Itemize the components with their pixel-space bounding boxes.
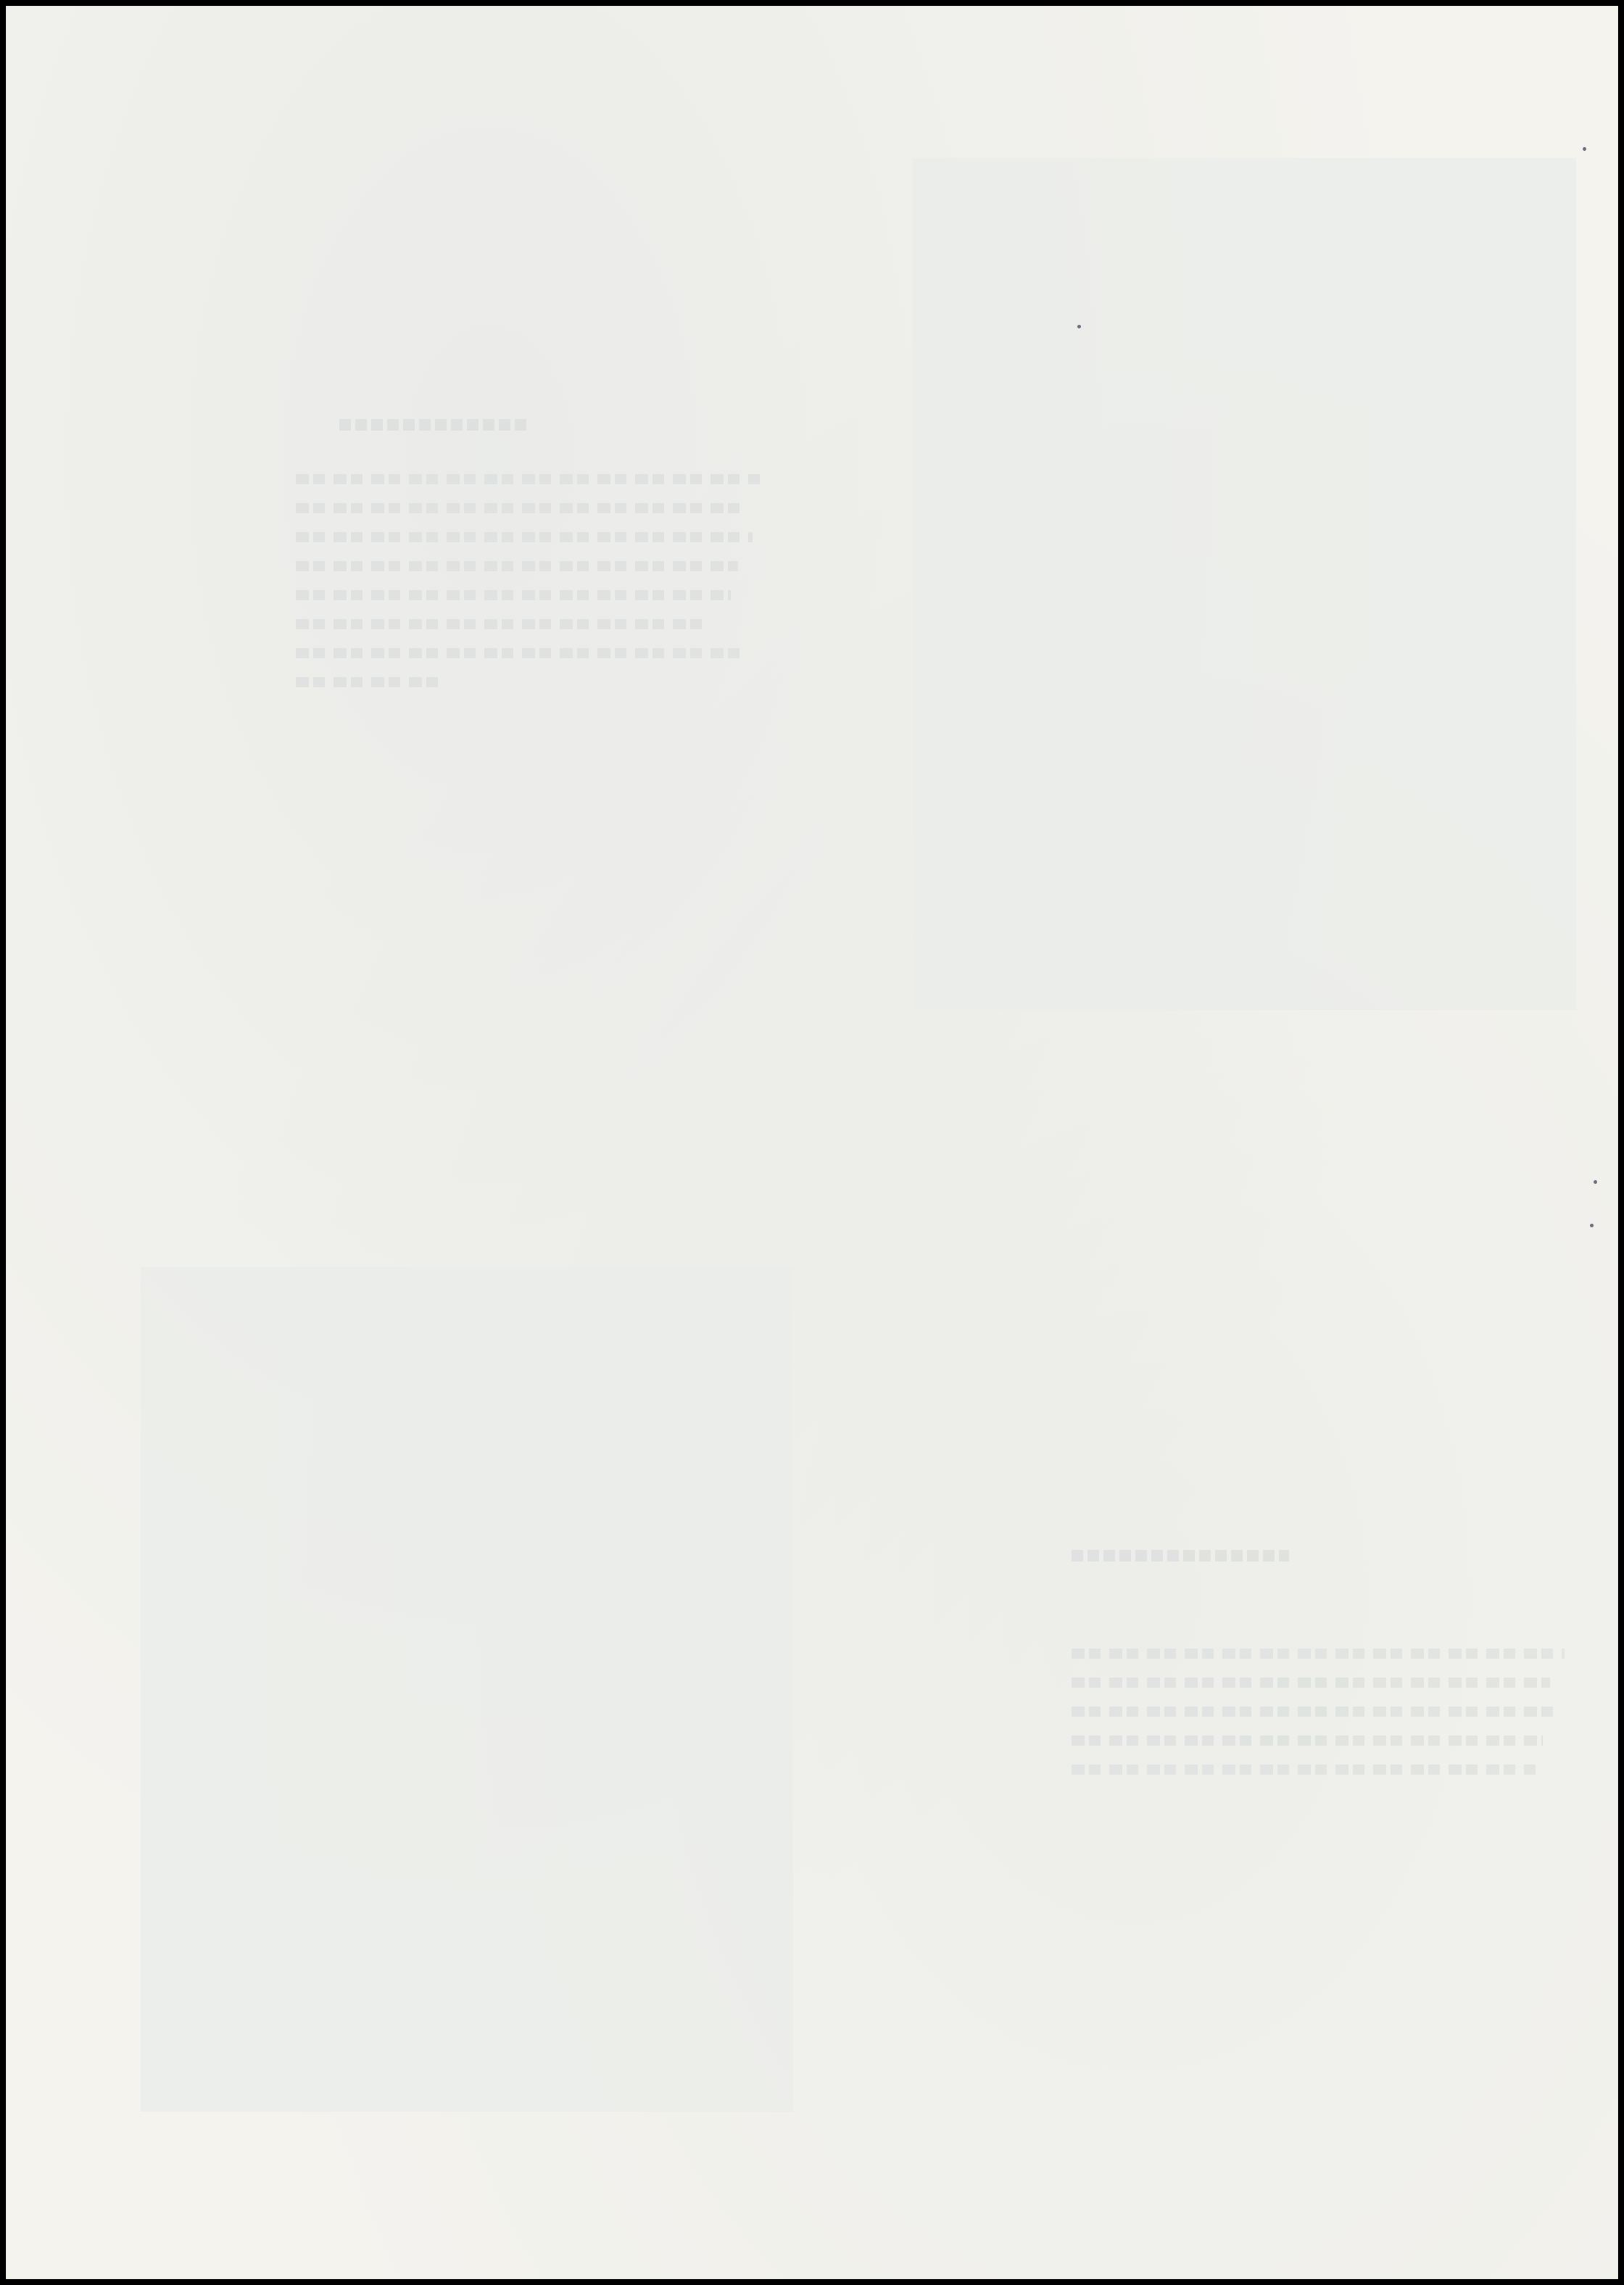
blank-page: [6, 6, 1618, 2279]
showthrough-text-block-bottom-right: [1072, 1550, 1579, 1793]
paper-speck: [1583, 147, 1586, 151]
paper-speck: [1594, 1180, 1597, 1184]
paper-speck: [1590, 1224, 1594, 1227]
showthrough-photo-top-right: [912, 158, 1576, 1010]
paper-speck: [1077, 325, 1081, 328]
showthrough-photo-bottom-left: [141, 1267, 793, 2112]
showthrough-text-block-top-left: [296, 419, 767, 706]
